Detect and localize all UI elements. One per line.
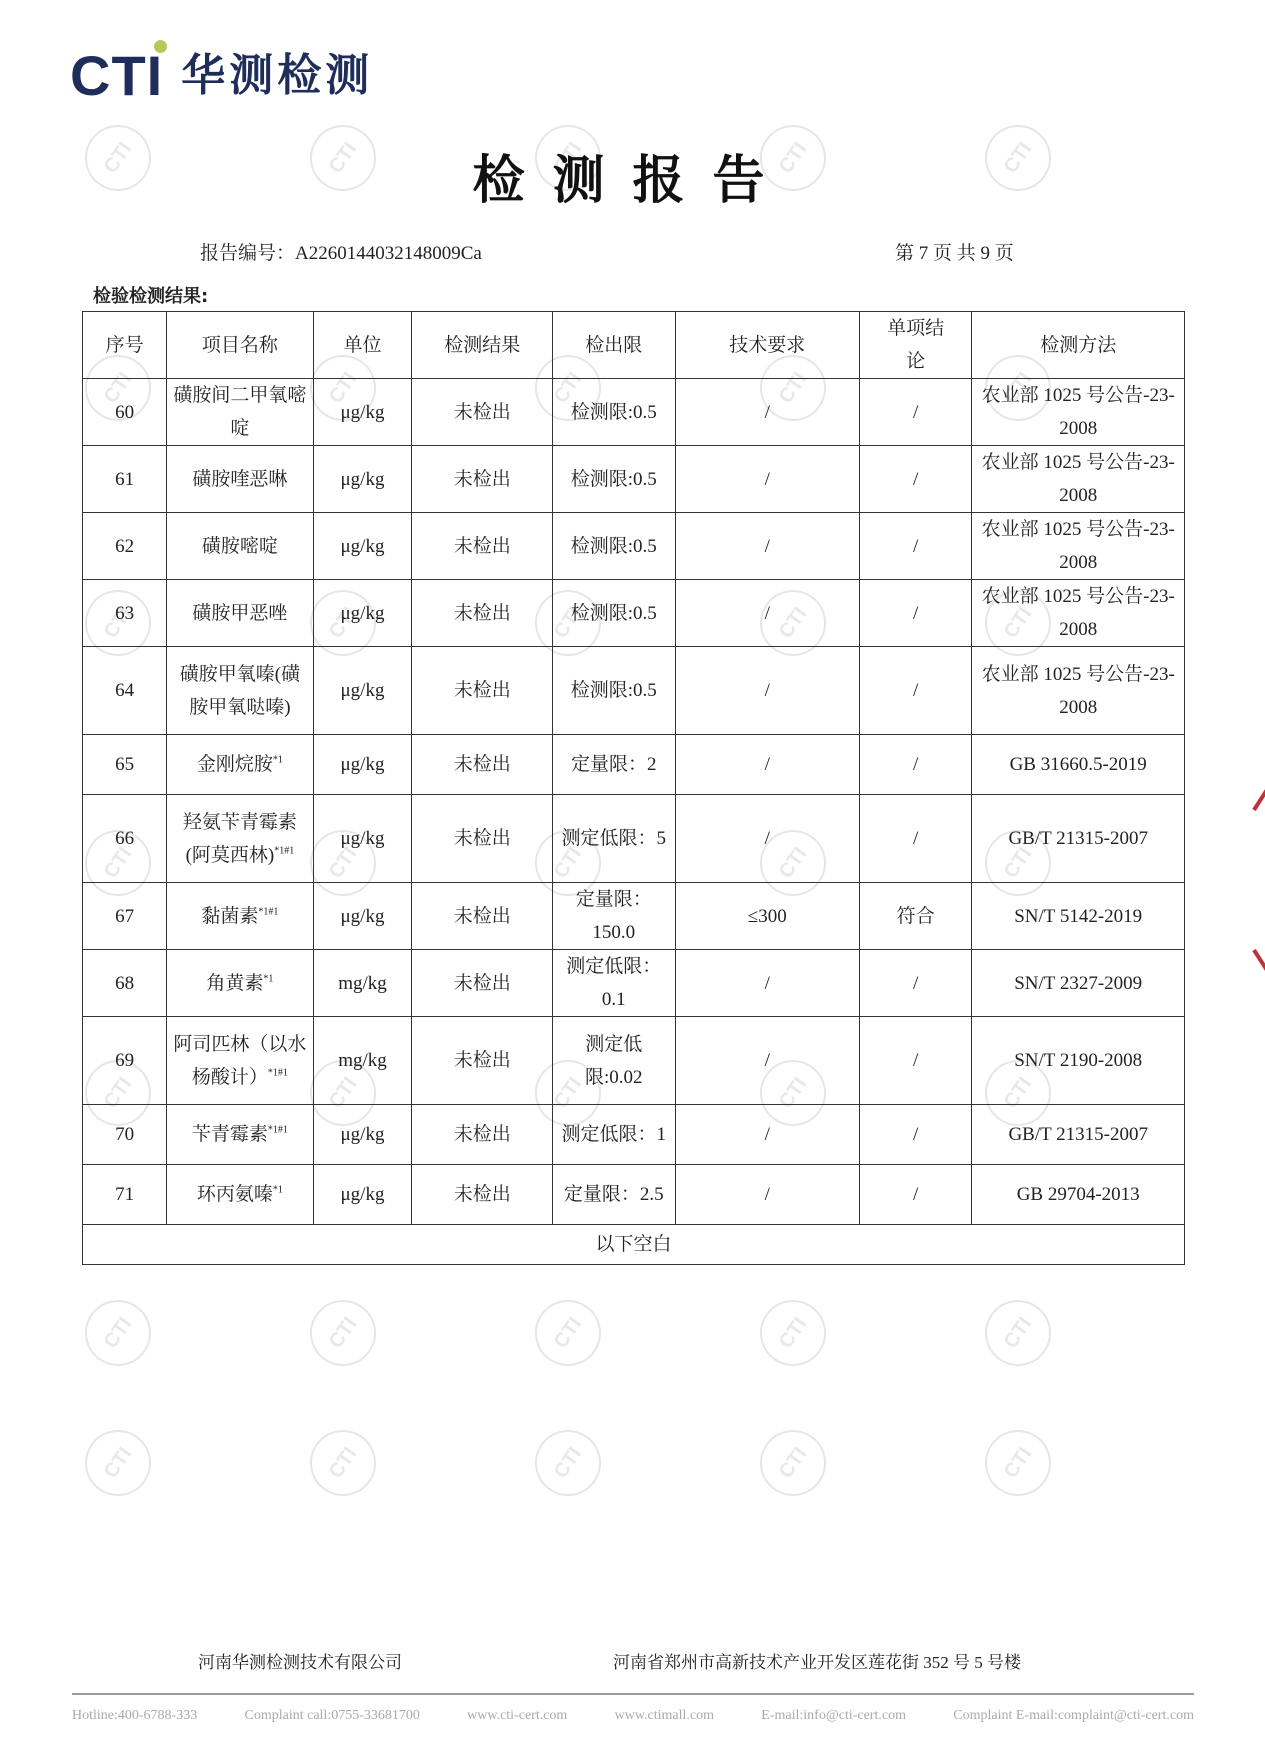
cell-requirement-text: / [765, 754, 770, 775]
cell-unit-text: mg/kg [338, 1050, 387, 1071]
cell-no-text: 66 [115, 828, 134, 849]
report-number-value: A2260144032148009Ca [295, 243, 482, 264]
cell-requirement-text: / [765, 828, 770, 849]
cell-name: 磺胺甲恶唑 [167, 580, 313, 647]
footnote-mark: *1 [273, 1185, 283, 1196]
cell-result: 未检出 [412, 735, 553, 795]
cell-name: 磺胺甲氧嗪(磺胺甲氧哒嗪) [167, 647, 313, 735]
cell-limit: 检测限:0.5 [553, 580, 676, 647]
cell-requirement-text: / [765, 402, 770, 423]
cell-no: 61 [83, 446, 167, 513]
cell-method: GB 31660.5-2019 [972, 735, 1185, 795]
cell-result: 未检出 [412, 1165, 553, 1225]
cti-watermark-icon: CTI [72, 1287, 164, 1379]
cell-method-text: GB/T 21315-2007 [1008, 828, 1148, 849]
cell-result-text: 未检出 [454, 680, 511, 701]
cell-conclusion: / [859, 795, 971, 883]
cell-no: 68 [83, 950, 167, 1017]
cell-conclusion-text: / [913, 1124, 918, 1145]
cell-method-text: 农业部 1025 号公告-23-2008 [982, 385, 1175, 439]
cell-conclusion-text: / [913, 603, 918, 624]
cell-result: 未检出 [412, 580, 553, 647]
table-row: 67黏菌素*1#1μg/kg未检出定量限：150.0≤300符合SN/T 514… [83, 883, 1185, 950]
col-header-no: 序号 [83, 312, 167, 379]
cell-name-text: 磺胺甲恶唑 [192, 603, 287, 624]
cell-result-text: 未检出 [454, 1124, 511, 1145]
cell-unit-text: μg/kg [340, 469, 384, 490]
complaint-call: Complaint call:0755-33681700 [245, 1708, 420, 1724]
cell-limit-text: 检测限:0.5 [571, 603, 657, 624]
footnote-mark: *1 [273, 755, 283, 766]
col-header-name: 项目名称 [167, 312, 313, 379]
cell-name: 阿司匹林（以水杨酸计）*1#1 [167, 1017, 313, 1105]
cell-method-text: GB/T 21315-2007 [1008, 1124, 1148, 1145]
cell-result-text: 未检出 [454, 469, 511, 490]
table-row: 66羟氨苄青霉素(阿莫西林)*1#1μg/kg未检出测定低限：5//GB/T 2… [83, 795, 1185, 883]
section-title: 检验检测结果: [93, 282, 208, 308]
cell-name: 苄青霉素*1#1 [167, 1105, 313, 1165]
cell-name-text: 环丙氨嗪 [197, 1184, 273, 1205]
col-header-method: 检测方法 [972, 312, 1185, 379]
cell-no: 62 [83, 513, 167, 580]
cell-requirement-text: / [765, 469, 770, 490]
footer-divider [72, 1693, 1194, 1695]
logo-dot-icon [154, 40, 167, 53]
cell-conclusion: / [859, 1165, 971, 1225]
cell-no: 71 [83, 1165, 167, 1225]
cell-requirement: / [675, 446, 859, 513]
col-header-conclusion: 单项结论 [859, 312, 971, 379]
cell-result-text: 未检出 [454, 754, 511, 775]
cell-limit: 测定低限：1 [553, 1105, 676, 1165]
footnote-mark: *1#1 [258, 906, 278, 917]
cell-unit-text: μg/kg [340, 754, 384, 775]
cell-result: 未检出 [412, 379, 553, 446]
cell-limit-text: 检测限:0.5 [571, 402, 657, 423]
cell-unit: μg/kg [313, 883, 412, 950]
cell-unit: μg/kg [313, 379, 412, 446]
cell-result: 未检出 [412, 883, 553, 950]
cell-no-text: 62 [115, 536, 134, 557]
cell-method: GB/T 21315-2007 [972, 1105, 1185, 1165]
report-number: 报告编号：A2260144032148009Ca [200, 238, 482, 265]
cell-method-text: 农业部 1025 号公告-23-2008 [982, 519, 1175, 573]
cell-conclusion-text: / [913, 402, 918, 423]
cell-method-text: 农业部 1025 号公告-23-2008 [982, 664, 1175, 718]
cell-method: 农业部 1025 号公告-23-2008 [972, 580, 1185, 647]
footnote-mark: *1#1 [268, 1125, 288, 1136]
cell-result: 未检出 [412, 446, 553, 513]
cell-name: 角黄素*1 [167, 950, 313, 1017]
footer-company: 河南华测检测技术有限公司 [198, 1648, 402, 1673]
cell-limit: 测定低限：5 [553, 795, 676, 883]
cell-conclusion: / [859, 513, 971, 580]
cell-method-text: 农业部 1025 号公告-23-2008 [982, 586, 1175, 640]
cell-requirement-text: / [765, 536, 770, 557]
cell-name-text: 磺胺嘧啶 [202, 536, 278, 557]
cti-watermark-icon: CTI [297, 1287, 389, 1379]
cell-limit: 检测限:0.5 [553, 446, 676, 513]
cell-limit-text: 测定低限:0.02 [585, 1034, 643, 1088]
results-table: 序号 项目名称 单位 检测结果 检出限 技术要求 单项结论 检测方法 60磺胺间… [82, 311, 1185, 1265]
cell-name: 磺胺间二甲氧嘧啶 [167, 379, 313, 446]
cell-result: 未检出 [412, 950, 553, 1017]
cell-name-text: 磺胺间二甲氧嘧啶 [173, 385, 306, 439]
cell-requirement-text: / [765, 680, 770, 701]
cell-conclusion-text: / [913, 1184, 918, 1205]
cell-requirement: / [675, 647, 859, 735]
cell-no: 63 [83, 580, 167, 647]
hotline: Hotline:400-6788-333 [72, 1708, 197, 1724]
table-row: 70苄青霉素*1#1μg/kg未检出测定低限：1//GB/T 21315-200… [83, 1105, 1185, 1165]
cell-unit: μg/kg [313, 446, 412, 513]
company-logo: CTI 华测检测 [70, 48, 373, 104]
cell-method-text: GB 29704-2013 [1017, 1184, 1140, 1205]
cell-no: 66 [83, 795, 167, 883]
footer-address: 河南省郑州市高新技术产业开发区莲花街 352 号 5 号楼 [613, 1648, 1021, 1673]
cell-requirement: ≤300 [675, 883, 859, 950]
table-row: 61磺胺喹恶啉μg/kg未检出检测限:0.5//农业部 1025 号公告-23-… [83, 446, 1185, 513]
cell-conclusion: / [859, 1017, 971, 1105]
cell-limit: 定量限：2.5 [553, 1165, 676, 1225]
cell-limit-text: 定量限：2 [571, 754, 657, 775]
cell-no: 67 [83, 883, 167, 950]
footnote-mark: *1 [263, 973, 273, 984]
cell-limit: 测定低限:0.02 [553, 1017, 676, 1105]
cell-no-text: 69 [115, 1050, 134, 1071]
table-row: 71环丙氨嗪*1μg/kg未检出定量限：2.5//GB 29704-2013 [83, 1165, 1185, 1225]
cell-no: 64 [83, 647, 167, 735]
cell-method: GB 29704-2013 [972, 1165, 1185, 1225]
col-header-requirement: 技术要求 [675, 312, 859, 379]
cell-name-text: 金刚烷胺 [197, 754, 273, 775]
cell-requirement: / [675, 580, 859, 647]
cell-unit: μg/kg [313, 513, 412, 580]
cell-result-text: 未检出 [454, 603, 511, 624]
cell-conclusion: / [859, 580, 971, 647]
col-header-limit: 检出限 [553, 312, 676, 379]
red-seal-stamp-icon: 检测专 [1240, 780, 1265, 980]
cell-limit: 检测限:0.5 [553, 647, 676, 735]
cell-name-text: 羟氨苄青霉素(阿莫西林) [183, 812, 297, 866]
cell-unit-text: μg/kg [340, 828, 384, 849]
cti-watermark-icon: CTI [747, 1417, 839, 1509]
cell-result: 未检出 [412, 647, 553, 735]
website-link[interactable]: www.cti-cert.com [467, 1708, 567, 1724]
cell-method: SN/T 2327-2009 [972, 950, 1185, 1017]
cell-conclusion: / [859, 735, 971, 795]
cell-name: 磺胺喹恶啉 [167, 446, 313, 513]
cell-method-text: SN/T 2190-2008 [1014, 1050, 1142, 1071]
cell-unit: mg/kg [313, 950, 412, 1017]
cell-method: 农业部 1025 号公告-23-2008 [972, 446, 1185, 513]
cell-name: 磺胺嘧啶 [167, 513, 313, 580]
table-row: 60磺胺间二甲氧嘧啶μg/kg未检出检测限:0.5//农业部 1025 号公告-… [83, 379, 1185, 446]
footnote-mark: *1#1 [268, 1067, 288, 1078]
cell-no-text: 63 [115, 603, 134, 624]
cell-unit: μg/kg [313, 580, 412, 647]
table-row: 68角黄素*1mg/kg未检出测定低限：0.1//SN/T 2327-2009 [83, 950, 1185, 1017]
cell-requirement: / [675, 513, 859, 580]
blank-note: 以下空白 [83, 1225, 1185, 1265]
cell-name-text: 黏菌素 [201, 906, 258, 927]
page-indicator: 第 7 页 共 9 页 [895, 238, 1014, 265]
cell-result-text: 未检出 [454, 1050, 511, 1071]
cell-limit-text: 检测限:0.5 [571, 536, 657, 557]
cell-result-text: 未检出 [454, 536, 511, 557]
cell-no-text: 61 [115, 469, 134, 490]
table-row: 64磺胺甲氧嗪(磺胺甲氧哒嗪)μg/kg未检出检测限:0.5//农业部 1025… [83, 647, 1185, 735]
cell-conclusion-text: 符合 [897, 906, 935, 927]
cell-requirement-text: / [765, 1050, 770, 1071]
cell-method-text: GB 31660.5-2019 [1010, 754, 1147, 775]
cell-result-text: 未检出 [454, 1184, 511, 1205]
cell-unit-text: mg/kg [338, 973, 387, 994]
cell-method: GB/T 21315-2007 [972, 795, 1185, 883]
cell-requirement: / [675, 1165, 859, 1225]
cell-limit-text: 检测限:0.5 [571, 469, 657, 490]
cell-requirement: / [675, 1105, 859, 1165]
cell-name: 羟氨苄青霉素(阿莫西林)*1#1 [167, 795, 313, 883]
cell-requirement: / [675, 379, 859, 446]
cell-name-text: 角黄素 [206, 973, 263, 994]
cell-name: 黏菌素*1#1 [167, 883, 313, 950]
cell-no-text: 70 [115, 1124, 134, 1145]
cell-no: 69 [83, 1017, 167, 1105]
cell-conclusion-text: / [913, 536, 918, 557]
cell-no-text: 65 [115, 754, 134, 775]
cell-conclusion-text: / [913, 680, 918, 701]
cell-requirement: / [675, 1017, 859, 1105]
cell-no-text: 60 [115, 402, 134, 423]
logo-cn-text: 华测检测 [181, 48, 373, 104]
cell-method: 农业部 1025 号公告-23-2008 [972, 379, 1185, 446]
cell-result: 未检出 [412, 513, 553, 580]
cell-unit: μg/kg [313, 1105, 412, 1165]
cell-result: 未检出 [412, 1105, 553, 1165]
info-email[interactable]: E-mail:info@cti-cert.com [761, 1708, 906, 1724]
cell-no-text: 67 [115, 906, 134, 927]
cell-no-text: 71 [115, 1184, 134, 1205]
cell-requirement-text: ≤300 [748, 906, 787, 927]
cti-watermark-icon: CTI [522, 1287, 614, 1379]
cell-limit: 定量限：2 [553, 735, 676, 795]
cell-method: 农业部 1025 号公告-23-2008 [972, 513, 1185, 580]
table-row: 69阿司匹林（以水杨酸计）*1#1mg/kg未检出测定低限:0.02//SN/T… [83, 1017, 1185, 1105]
footnote-mark: *1#1 [274, 845, 294, 856]
cell-unit-text: μg/kg [340, 680, 384, 701]
cell-conclusion: / [859, 379, 971, 446]
blank-note-row: 以下空白 [83, 1225, 1185, 1265]
cell-method-text: SN/T 5142-2019 [1014, 906, 1142, 927]
cti-watermark-icon: CTI [972, 1287, 1064, 1379]
cell-no: 60 [83, 379, 167, 446]
cell-conclusion: 符合 [859, 883, 971, 950]
cell-conclusion-text: / [913, 973, 918, 994]
cell-no: 65 [83, 735, 167, 795]
cell-unit: μg/kg [313, 795, 412, 883]
cell-conclusion: / [859, 446, 971, 513]
report-number-label: 报告编号： [200, 243, 295, 264]
cell-limit-text: 定量限：150.0 [576, 889, 652, 943]
cell-unit-text: μg/kg [340, 1124, 384, 1145]
cell-unit-text: μg/kg [340, 1184, 384, 1205]
cell-result: 未检出 [412, 1017, 553, 1105]
cell-conclusion-text: / [913, 469, 918, 490]
cti-watermark-icon: CTI [522, 1417, 614, 1509]
cell-limit-text: 检测限:0.5 [571, 680, 657, 701]
cell-requirement-text: / [765, 1124, 770, 1145]
cell-no-text: 68 [115, 973, 134, 994]
cell-limit-text: 定量限：2.5 [564, 1184, 664, 1205]
cell-method-text: SN/T 2327-2009 [1014, 973, 1142, 994]
cell-unit: μg/kg [313, 735, 412, 795]
cell-limit-text: 测定低限：0.1 [566, 956, 661, 1010]
cell-conclusion: / [859, 1105, 971, 1165]
cell-limit-text: 测定低限：1 [562, 1124, 667, 1145]
cell-unit: mg/kg [313, 1017, 412, 1105]
cell-name: 环丙氨嗪*1 [167, 1165, 313, 1225]
cell-conclusion: / [859, 647, 971, 735]
cell-result-text: 未检出 [454, 906, 511, 927]
cell-requirement: / [675, 950, 859, 1017]
cell-requirement: / [675, 795, 859, 883]
cell-unit-text: μg/kg [340, 402, 384, 423]
cell-name-text: 磺胺甲氧嗪(磺胺甲氧哒嗪) [180, 664, 300, 718]
cell-name-text: 阿司匹林（以水杨酸计） [173, 1034, 306, 1088]
cell-name-text: 磺胺喹恶啉 [192, 469, 287, 490]
cell-method: SN/T 2190-2008 [972, 1017, 1185, 1105]
cell-unit: μg/kg [313, 647, 412, 735]
cell-limit: 测定低限：0.1 [553, 950, 676, 1017]
cti-watermark-icon: CTI [297, 1417, 389, 1509]
document-title: 检测报告 [0, 138, 1265, 213]
cell-unit-text: μg/kg [340, 536, 384, 557]
cell-requirement-text: / [765, 603, 770, 624]
cell-conclusion-text: / [913, 1050, 918, 1071]
cell-no-text: 64 [115, 680, 134, 701]
cell-unit: μg/kg [313, 1165, 412, 1225]
cell-conclusion-text: / [913, 828, 918, 849]
complaint-email[interactable]: Complaint E-mail:complaint@cti-cert.com [953, 1708, 1194, 1724]
cti-watermark-icon: CTI [972, 1417, 1064, 1509]
table-row: 65金刚烷胺*1μg/kg未检出定量限：2//GB 31660.5-2019 [83, 735, 1185, 795]
cell-limit: 检测限:0.5 [553, 513, 676, 580]
col-header-unit: 单位 [313, 312, 412, 379]
cell-limit: 定量限：150.0 [553, 883, 676, 950]
cell-conclusion: / [859, 950, 971, 1017]
cell-unit-text: μg/kg [340, 603, 384, 624]
col-header-result: 检测结果 [412, 312, 553, 379]
cell-method: SN/T 5142-2019 [972, 883, 1185, 950]
cell-method: 农业部 1025 号公告-23-2008 [972, 647, 1185, 735]
cell-name-text: 苄青霉素 [192, 1124, 268, 1145]
footer-contacts: Hotline:400-6788-333 Complaint call:0755… [72, 1708, 1194, 1724]
cell-requirement-text: / [765, 1184, 770, 1205]
logo-cti-text: CTI [70, 48, 163, 104]
cell-result: 未检出 [412, 795, 553, 883]
cell-method-text: 农业部 1025 号公告-23-2008 [982, 452, 1175, 506]
cell-limit: 检测限:0.5 [553, 379, 676, 446]
table-header-row: 序号 项目名称 单位 检测结果 检出限 技术要求 单项结论 检测方法 [83, 312, 1185, 379]
cell-result-text: 未检出 [454, 402, 511, 423]
cell-no: 70 [83, 1105, 167, 1165]
cti-watermark-icon: CTI [72, 1417, 164, 1509]
mall-link[interactable]: www.ctimall.com [615, 1708, 714, 1724]
cell-requirement-text: / [765, 973, 770, 994]
table-row: 62磺胺嘧啶μg/kg未检出检测限:0.5//农业部 1025 号公告-23-2… [83, 513, 1185, 580]
cell-requirement: / [675, 735, 859, 795]
cell-limit-text: 测定低限：5 [562, 828, 667, 849]
cell-result-text: 未检出 [454, 828, 511, 849]
cti-watermark-icon: CTI [747, 1287, 839, 1379]
cell-name: 金刚烷胺*1 [167, 735, 313, 795]
cell-unit-text: μg/kg [340, 906, 384, 927]
table-row: 63磺胺甲恶唑μg/kg未检出检测限:0.5//农业部 1025 号公告-23-… [83, 580, 1185, 647]
cell-result-text: 未检出 [454, 973, 511, 994]
cell-conclusion-text: / [913, 754, 918, 775]
